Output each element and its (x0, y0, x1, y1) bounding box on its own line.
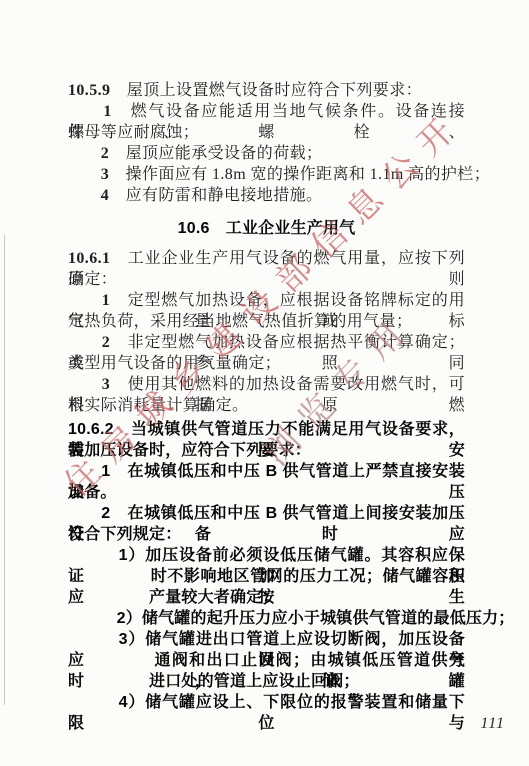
clause-number: 2）储气罐的起升压力应小于城镇供气管道的最低压力； (68, 610, 515, 627)
text-line: 定热负荷，采用经当地燃气热值折算的用气量； (68, 311, 465, 332)
document-body: 10.5.9 屋顶上设置燃气设备时应符合下列要求： 1 燃气设备应能适用当地气候… (68, 80, 465, 713)
text-line: 4 应有防雷和静电接地措施。 (68, 185, 465, 206)
text-line: 2 在城镇低压和中压 B 供气管道上间接安装加压设备时应 (68, 503, 465, 524)
text-line: 2）储气罐的起升压力应小于城镇供气管道的最低压力； (68, 608, 465, 629)
clause-number: 1 在城镇低压和中压 B 供气管道上严禁直接安装加压 (68, 463, 465, 501)
clause-number: 4）储气罐应设上、下限位的报警装置和储量下限位与 (68, 694, 465, 732)
clause-number: 10.5.9 (68, 82, 110, 99)
clause-number: 符合下列规定： (68, 526, 181, 543)
clause-text: 屋顶应能承受设备的荷载； (109, 145, 322, 162)
clause-number: 产量较大者确定； (68, 589, 279, 606)
clause-text: 确定： (68, 271, 117, 288)
clause-number: 3 (68, 166, 109, 183)
clause-number: 2 (68, 145, 109, 162)
clause-text: 定热负荷，采用经当地燃气热值折算的用气量； (68, 313, 412, 330)
text-line: 1）加压设备前必须设低压储气罐。其容积应保证加压 (68, 545, 465, 566)
clause-text: 屋顶上设置燃气设备时应符合下列要求： (110, 82, 422, 99)
clause-text: 螺母等应耐腐蚀； (68, 124, 199, 141)
text-line: 1 在城镇低压和中压 B 供气管道上严禁直接安装加压 (68, 461, 465, 482)
text-line: 3 操作面应有 1.8m 宽的操作距离和 1.1m 高的护栏； (68, 164, 465, 185)
document-page: 10.5.9 屋顶上设置燃气设备时应符合下列要求： 1 燃气设备应能适用当地气候… (0, 0, 529, 766)
clause-text: 应有防雷和静电接地措施。 (109, 187, 322, 204)
clause-number: 4 (68, 187, 109, 204)
clause-text: 操作面应有 1.8m 宽的操作距离和 1.1m 高的护栏； (109, 166, 490, 183)
text-line: 3）储气罐进出口管道上应设切断阀，加压设备应设旁 (68, 629, 465, 650)
clause-text: 类型用气设备的用气量确定； (68, 355, 281, 372)
clause-text: 料实际消耗量计算确定。 (68, 397, 248, 414)
text-line: 10.5.9 屋顶上设置燃气设备时应符合下列要求： (68, 80, 465, 101)
text-line: 1 定型燃气加热设备，应根据设备铭牌标定的用气量或标 (68, 290, 465, 311)
text-line: 10.6.1 工业企业生产用气设备的燃气用量，应按下列原则 (68, 248, 465, 269)
page-number: 111 (455, 715, 505, 733)
clause-number: 10.6 工业企业生产用气 (178, 220, 356, 237)
text-line: 3 使用其他燃料的加热设备需要改用燃气时，可根据原燃 (68, 374, 465, 395)
clause-number: 1 (68, 292, 110, 309)
text-line: 时不影响地区管网的压力工况；储气罐容积应按生 (68, 566, 465, 587)
clause-number: 10.6.1 (68, 250, 110, 267)
section-heading: 10.6 工业企业生产用气 (68, 218, 465, 239)
text-line: 2 屋顶应能承受设备的荷载； (68, 143, 465, 164)
clause-number: 2 (68, 334, 110, 351)
text-line: 10.6.2 当城镇供气管道压力不能满足用气设备要求，需要安 (68, 419, 465, 440)
clause-number: 设备。 (68, 484, 117, 501)
clause-number: 3 (68, 376, 110, 393)
clause-number: 装加压设备时，应符合下列要求： (68, 442, 311, 459)
clause-number: 进口处的管道上应设止回阀； (68, 673, 360, 690)
text-line: 通阀和出口止回阀；由城镇低压管道供气时，储罐 (68, 650, 465, 671)
text-line: 2 非定型燃气加热设备应根据热平衡计算确定；或参照同 (68, 332, 465, 353)
text-line: 1 燃气设备应能适用当地气候条件。设备连接件、螺栓、 (68, 101, 465, 122)
clause-text: 工业企业生产用气设备的燃气用量，应按下列原则 (68, 250, 465, 288)
scan-edge-line (4, 235, 5, 705)
clause-number: 1 (68, 103, 112, 120)
text-line: 4）储气罐应设上、下限位的报警装置和储量下限位与 (68, 692, 465, 713)
